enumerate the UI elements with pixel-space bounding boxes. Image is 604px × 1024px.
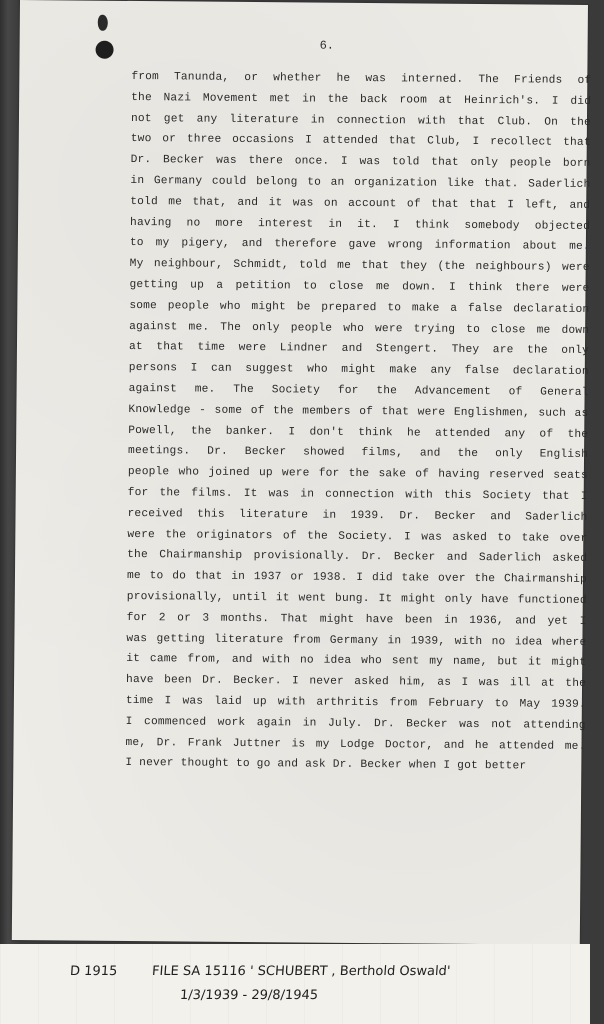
punch-hole-mark bbox=[98, 15, 108, 31]
document-reference: D 1915 bbox=[69, 964, 117, 979]
statement-text: from Tanunda, or whether he was interned… bbox=[125, 67, 591, 778]
page-number: 6. bbox=[320, 39, 335, 53]
text-line: I never thought to go and ask Dr. Becker… bbox=[125, 753, 585, 778]
typewritten-page: 6. from Tanunda, or whether he was inter… bbox=[12, 0, 588, 945]
archive-label-card: D 1915 FILE SA 15116 ' SCHUBERT , Bertho… bbox=[0, 944, 590, 1024]
punch-hole bbox=[95, 41, 113, 59]
file-date-range: 1/3/1939 - 29/8/1945 bbox=[179, 988, 318, 1003]
file-reference: FILE SA 15116 ' SCHUBERT , Berthold Oswa… bbox=[151, 964, 450, 979]
